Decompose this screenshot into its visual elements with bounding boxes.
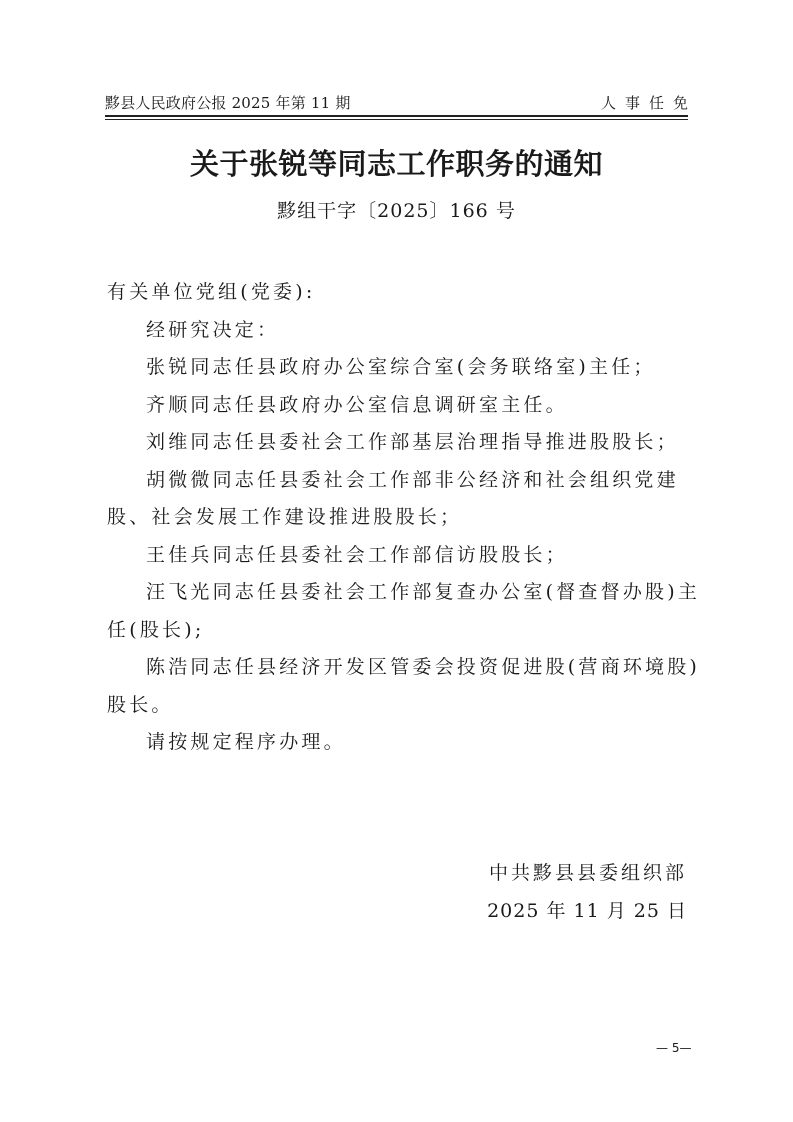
header-double-rule <box>105 115 688 120</box>
page-number: — 5— <box>656 1041 691 1055</box>
paragraph-line: 陈浩同志任县经济开发区管委会投资促进股(营商环境股) <box>107 649 687 687</box>
paragraph-line: 王佳兵同志任县委社会工作部信访股股长； <box>107 537 687 575</box>
publication-title: 黟县人民政府公报 2025 年第 11 期 <box>105 92 351 113</box>
paragraph-line: 汪飞光同志任县委社会工作部复查办公室(督查督办股)主 <box>107 574 687 612</box>
salutation: 有关单位党组(党委): <box>107 274 687 312</box>
paragraph-line: 张锐同志任县政府办公室综合室(会务联络室)主任； <box>107 349 687 387</box>
signature-organization: 中共黟县县委组织部 <box>489 858 687 885</box>
paragraph-line: 经研究决定： <box>107 312 687 350</box>
paragraph-line: 刘维同志任县委社会工作部基层治理指导推进股股长； <box>107 424 687 462</box>
paragraph-line: 请按规定程序办理。 <box>107 724 687 762</box>
paragraph-line: 胡微微同志任县委社会工作部非公经济和社会组织党建 <box>107 462 687 500</box>
signature-date: 2025 年 11 月 25 日 <box>487 896 687 923</box>
section-label: 人事任免 <box>601 92 697 113</box>
document-body: 有关单位党组(党委): 经研究决定： 张锐同志任县政府办公室综合室(会务联络室)… <box>107 274 687 762</box>
paragraph-line: 股长。 <box>107 687 687 725</box>
document-title: 关于张锐等同志工作职务的通知 <box>0 142 793 183</box>
paragraph-line: 股、社会发展工作建设推进股股长； <box>107 499 687 537</box>
document-number: 黟组干字〔2025〕166 号 <box>0 196 793 223</box>
paragraph-line: 齐顺同志任县政府办公室信息调研室主任。 <box>107 387 687 425</box>
paragraph-line: 任(股长); <box>107 612 687 650</box>
